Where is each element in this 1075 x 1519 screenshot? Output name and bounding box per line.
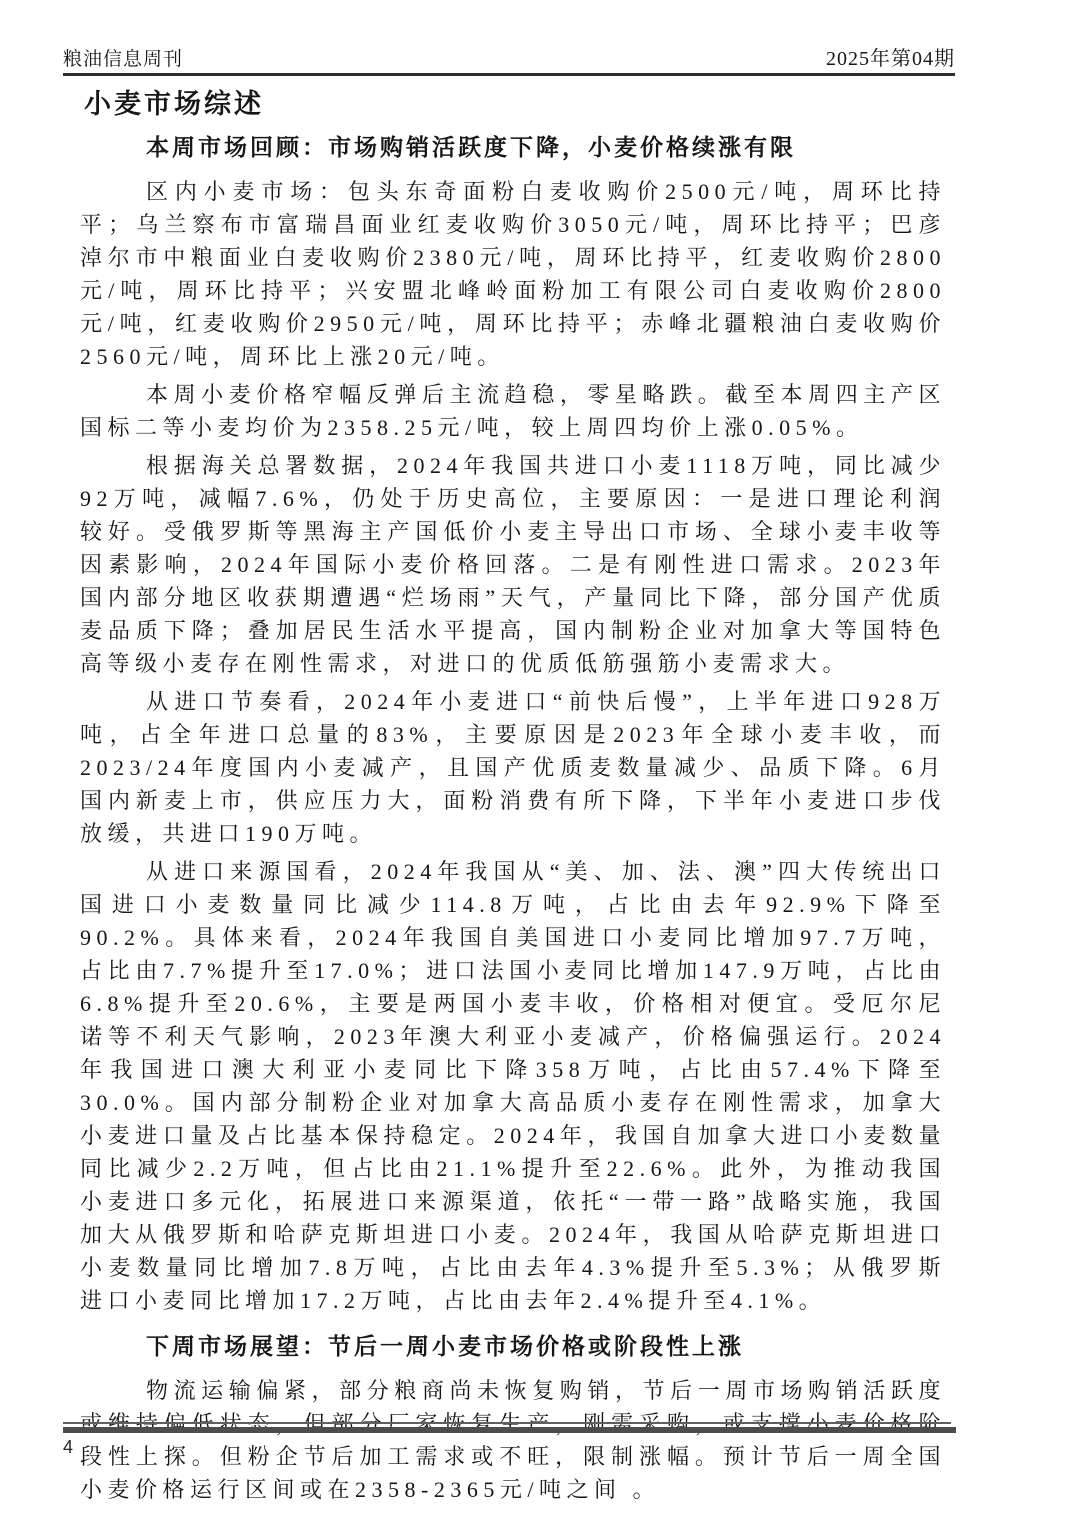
paragraph-weekly-average-price: 本周小麦价格窄幅反弹后主流趋稳，零星略跌。截至本周四主产区国标二等小麦均价为23…	[80, 378, 946, 444]
paragraph-import-pace: 从进口节奏看，2024年小麦进口“前快后慢”，上半年进口928万吨，占全年进口总…	[80, 685, 946, 850]
document-body: 本周市场回顾：市场购销活跃度下降，小麦价格续涨有限 区内小麦市场：包头东奇面粉白…	[80, 126, 946, 1511]
issue-number: 2025年第04期	[826, 42, 955, 71]
paragraph-customs-import-data: 根据海关总署数据，2024年我国共进口小麦1118万吨，同比减少92万吨，减幅7…	[80, 449, 946, 680]
page-title: 小麦市场综述	[84, 82, 264, 121]
paragraph-regional-wheat-prices: 区内小麦市场：包头东奇面粉白麦收购价2500元/吨，周环比持平；乌兰察布市富瑞昌…	[80, 175, 946, 373]
paragraph-import-sources: 从进口来源国看，2024年我国从“美、加、法、澳”四大传统出口国进口小麦数量同比…	[80, 855, 946, 1317]
document-page: 粮油信息周刊 2025年第04期 小麦市场综述 本周市场回顾：市场购销活跃度下降…	[0, 0, 1075, 1519]
page-number: 4	[63, 1437, 73, 1458]
section-heading-week-review: 本周市场回顾：市场购销活跃度下降，小麦价格续涨有限	[80, 132, 946, 162]
paragraph-outlook: 物流运输偏紧，部分粮商尚未恢复购销，节后一周市场购销活跃度或维持偏低状态，但部分…	[80, 1374, 946, 1506]
journal-title: 粮油信息周刊	[63, 44, 183, 71]
footer-rule-thin	[63, 1422, 951, 1424]
page-header: 粮油信息周刊 2025年第04期	[63, 42, 955, 76]
section-heading-week-outlook: 下周市场展望：节后一周小麦市场价格或阶段性上涨	[80, 1331, 946, 1361]
footer-rule-thick	[63, 1427, 956, 1433]
